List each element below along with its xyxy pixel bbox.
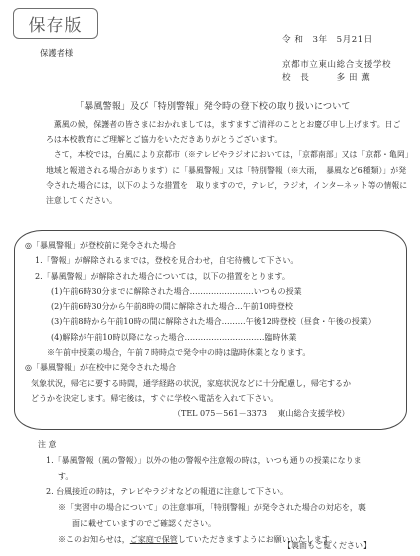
case-3: (3)午前8時から午前10時の間に解除された場合………午後12時登校（昼食・午後… [25, 314, 376, 329]
section2-line: 気象状況，帰宅に要する時間，通学経路の状況，家庭状況などに十分配慮し，帰宅するか [25, 376, 376, 391]
item-2: 2.「暴風警報」が解除された場合については，以下の措置をとります。 [25, 269, 376, 284]
sub-note-1-cont: 面に載せていますのでご確認ください。 [38, 516, 366, 532]
intro-paragraph: 薫風の候，保護者の皆さまにおかれましては，ますますご清祥のこととお慶び申し上げま… [46, 117, 413, 208]
school-name: 京都市立東山総合支援学校 [282, 58, 391, 70]
note-1-cont: す。 [38, 469, 366, 485]
document-title: 「暴風警報」及び「特別警報」発令時の登下校の取り扱いについて [75, 98, 350, 112]
item-1: 1.「警報」が解除されるまでは，登校を見合わせ，自宅待機して下さい。 [25, 253, 376, 268]
intro-line: 注意してください。 [46, 193, 413, 208]
intro-line: 令された場合には，以下のような措置を 取りますので，テレビ，ラジオ，インターネッ… [46, 178, 413, 193]
case-2: (2)午前6時30分から午前8時の間に解除された場合…午前10時登校 [25, 299, 376, 314]
section-heading-during-school: ◎「暴風警報」が在校中に発令された場合 [25, 360, 376, 375]
morning-note: ※午前中授業の場合，午前７時時点で発令中の時は臨時休業となります。 [25, 345, 376, 360]
section2-line: どうかを決定します。帰宅後は，すぐに学校へ電話を入れて下さい。 [25, 391, 376, 406]
note-2: 2. 台風接近の時は，テレビやラジオなどの報道に注意して下さい。 [38, 484, 366, 500]
sub-note-1: ※「実習中の場合について」の注意事項，「特別警報」が発令された場合の対応を，裏 [38, 500, 366, 516]
back-side-note: 【裏面もご覧ください】 [283, 538, 371, 554]
intro-line: さて，本校では，台風により京都市（※テレビやラジオにおいては，「京都南部」又は「… [46, 147, 413, 162]
date: 令 和 3年 5月21日 [282, 33, 373, 45]
sub-note-2-pre: ※このお知らせは， [58, 535, 130, 544]
recipient: 保護者様 [40, 48, 73, 59]
notes-heading: 注 意 [38, 437, 366, 453]
notes-section: 注 意 1.「暴風警報（風の警報）」以外の他の警報や注意報の時は，いつも通りの授… [38, 437, 366, 548]
contact-info: （TEL 075－561－3373 東山総合支援学校） [25, 406, 376, 421]
archive-stamp: 保存版 [13, 8, 98, 39]
note-1: 1.「暴風警報（風の警報）」以外の他の警報や注意報の時は，いつも通りの授業になり… [38, 453, 366, 469]
box-content: ◎「暴風警報」が登校前に発令された場合 1.「警報」が解除されるまでは，登校を見… [25, 238, 376, 422]
case-4: (4)解除が午前10時以降になった場合…………………………臨時休業 [25, 330, 376, 345]
intro-line: 地域と報道される場合があります）に「暴風警報」又は「特別警報（※大雨， 暴風など… [46, 163, 413, 178]
intro-line: ろは本校教育にご理解とご協力をいただきありがとうございます。 [46, 132, 413, 147]
principal-name: 校 長 多 田 薫 [282, 71, 370, 83]
intro-line: 薫風の候，保護者の皆さまにおかれましては，ますますご清祥のこととお慶び申し上げま… [46, 117, 413, 132]
section-heading-before-school: ◎「暴風警報」が登校前に発令された場合 [25, 238, 376, 253]
keep-at-home-emphasis: ご家庭で保管 [130, 535, 178, 544]
case-1: (1)午前6時30分までに解除された場合……………………いつもの授業 [25, 284, 376, 299]
